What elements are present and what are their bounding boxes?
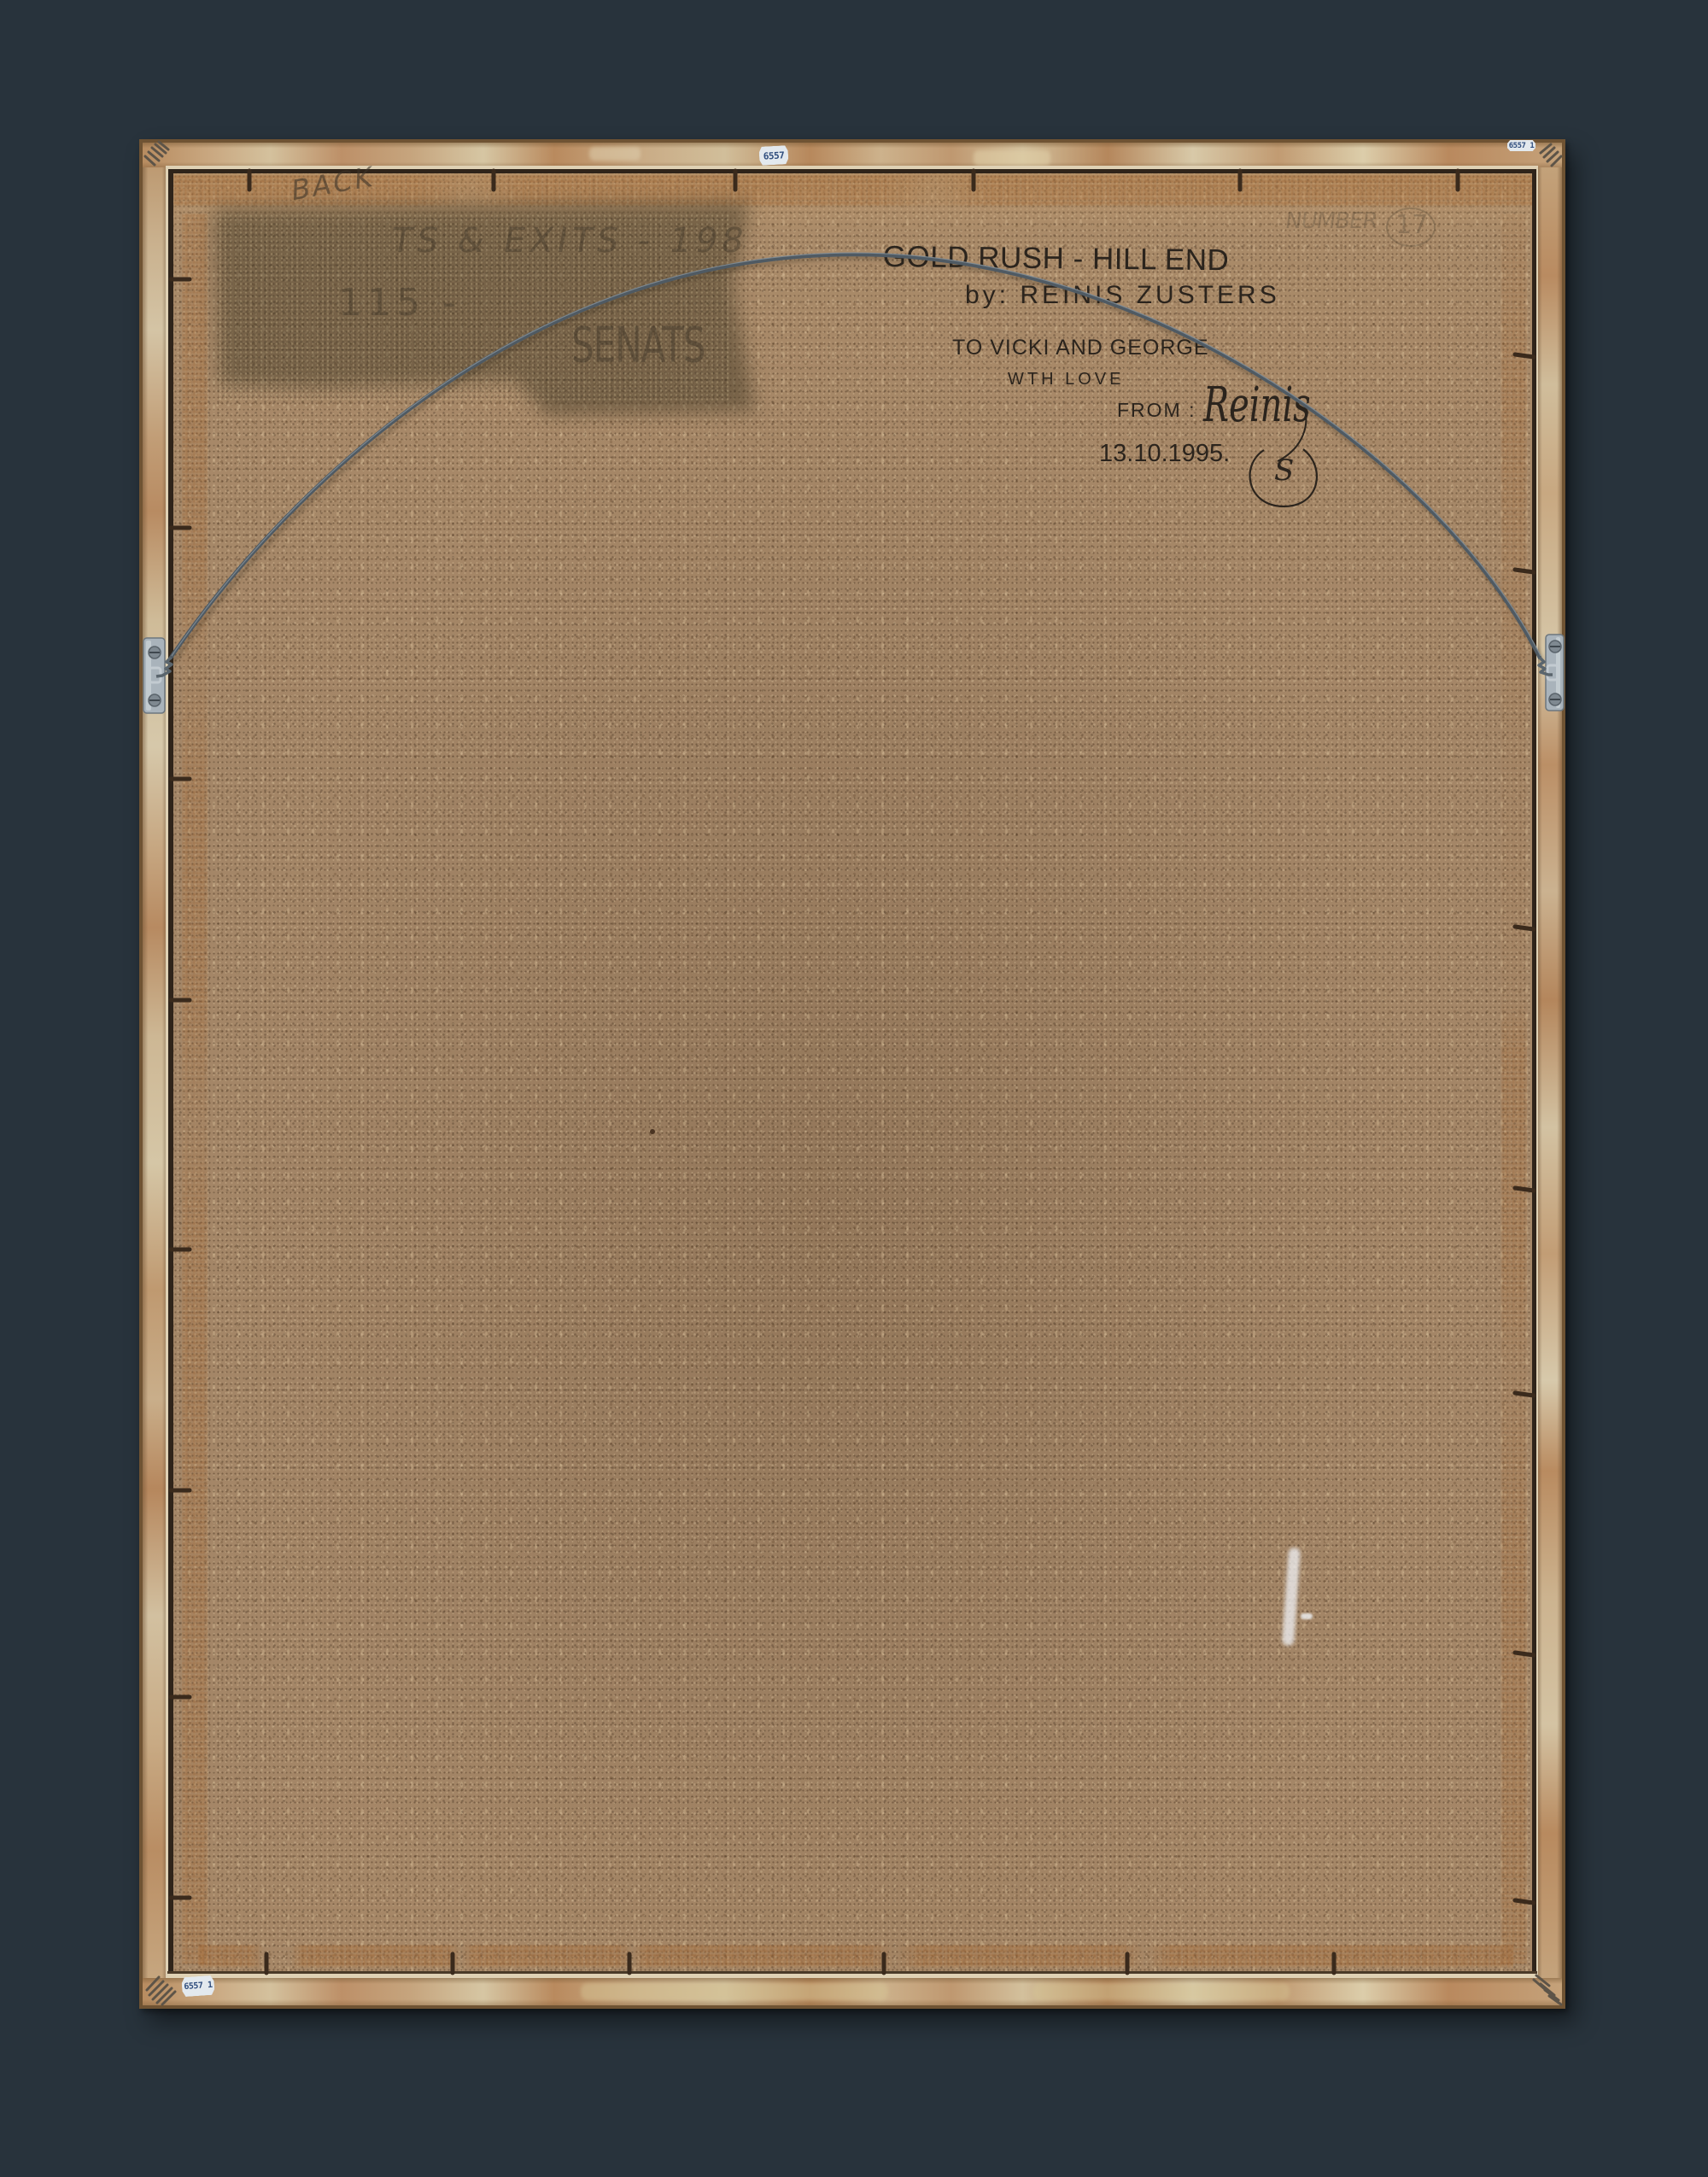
artist-credit: by: REINIS ZUSTERS	[965, 283, 1280, 308]
pencil-title-fragment: TS & EXITS - 198	[389, 224, 751, 258]
inventory-sticker-top: 6557	[758, 145, 788, 166]
board-spot	[650, 1129, 655, 1134]
board-bottom-stain-band	[198, 1945, 1513, 1968]
dedication-line-2: WTH LOVE	[1008, 371, 1124, 388]
artist-signature: Reinis	[1203, 382, 1311, 430]
inventory-sticker-top-right: 6557 1	[1507, 140, 1535, 151]
pencil-name-fragment: SENATS	[571, 321, 705, 370]
frame-right-rail	[1537, 167, 1562, 1978]
board-left-stain-band	[182, 214, 208, 1964]
pencil-number-fragment: 115 -	[338, 284, 461, 322]
frame-left-rail	[143, 167, 167, 1978]
chalk-dot	[1301, 1613, 1313, 1619]
number-mark-value: 17	[1395, 213, 1428, 238]
board-top-stain-band	[173, 175, 1532, 206]
dedication-line-1: TO VICKI AND GEORGE	[952, 337, 1209, 359]
frame-tape-residue	[589, 147, 640, 161]
from-label: FROM :	[1117, 401, 1196, 420]
frame-tape-residue	[581, 1983, 888, 2000]
hardboard-backing	[173, 173, 1532, 1971]
monogram: S	[1274, 456, 1294, 485]
frame-lip-bottom	[167, 1974, 1537, 1978]
frame-tape-residue	[1033, 1983, 1290, 2000]
number-mark-label: NUMBER	[1284, 210, 1378, 232]
frame-tape-residue	[974, 150, 1050, 166]
smudge-wrapper	[0, 0, 1, 1]
artwork-title: GOLD RUSH - HILL END	[883, 242, 1230, 275]
inventory-sticker-bottom-left: 6557 1	[181, 1975, 215, 1998]
board-right-stain-band	[1501, 214, 1527, 1964]
frame-lip-right	[1536, 166, 1538, 1978]
inscription-date: 13.10.1995.	[1099, 442, 1230, 466]
